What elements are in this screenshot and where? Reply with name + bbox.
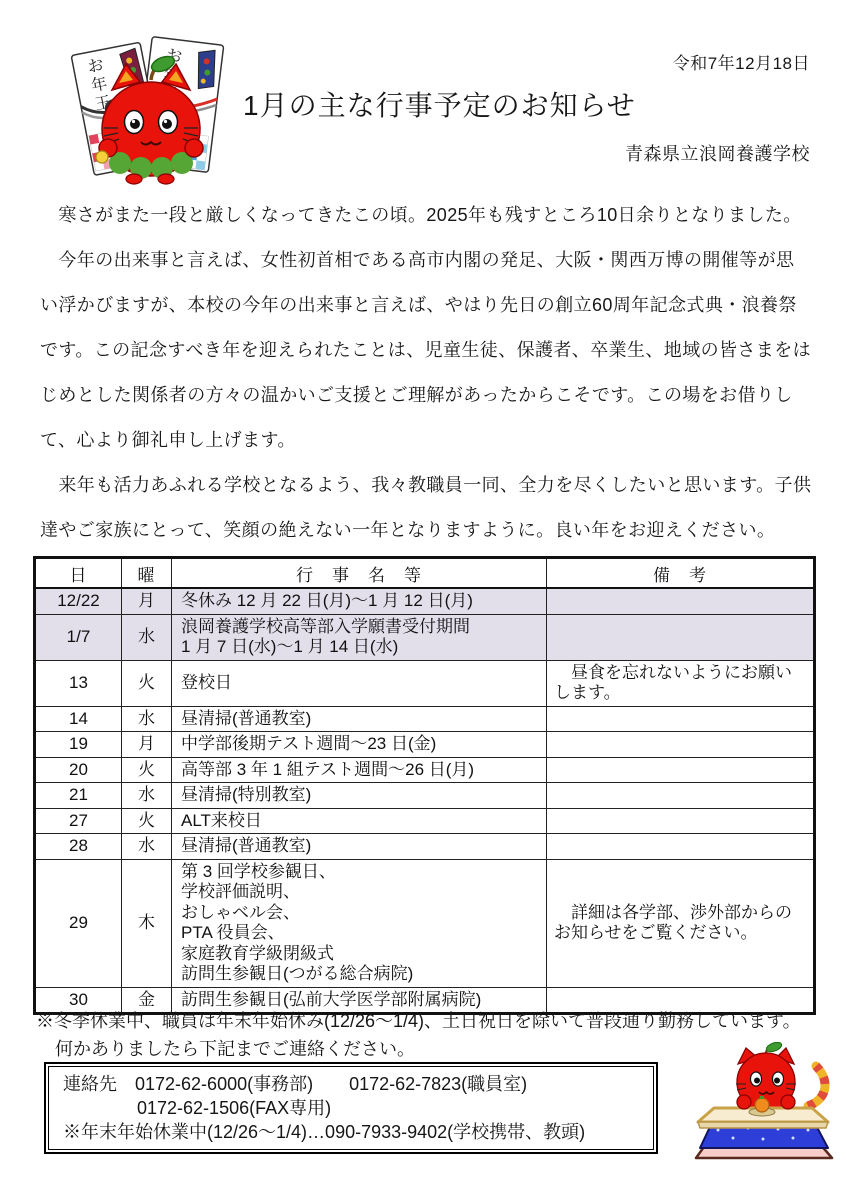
event-cell: 第 3 回学校参観日、 学校評価説明、 おしゃベル会、 PTA 役員会、 家庭教…	[172, 859, 547, 987]
column-header: 備 考	[547, 558, 815, 589]
weekday-cell: 火	[122, 808, 172, 834]
table-row: 28水昼清掃(普通教室)	[35, 834, 815, 860]
note-cell	[547, 834, 815, 860]
day-cell: 29	[35, 859, 122, 987]
note-cell: 詳細は各学部、渉外部からの お知らせをご覧ください。	[547, 859, 815, 987]
note-cell	[547, 808, 815, 834]
otoshidama-envelopes-illustration: お年玉	[56, 36, 236, 188]
weekday-cell: 火	[122, 660, 172, 706]
contact-line-phones: 連絡先 0172-62-6000(事務部) 0172-62-7823(職員室)	[63, 1072, 639, 1096]
event-cell: 登校日	[172, 660, 547, 706]
schedule-table: 日曜行 事 名 等備 考 12/22月冬休み 12 月 22 日(月)～1 月 …	[33, 556, 816, 1015]
day-cell: 27	[35, 808, 122, 834]
weekday-cell: 月	[122, 588, 172, 614]
document-date: 令和7年12月18日	[673, 49, 810, 74]
table-header-row: 日曜行 事 名 等備 考	[35, 558, 815, 589]
event-cell: 中学部後期テスト週間～23 日(金)	[172, 732, 547, 758]
intro-text: 寒さがまた一段と厳しくなってきたこの頃。2025年も残すところ10日余りとなりま…	[40, 193, 820, 553]
table-row: 1/7水浪岡養護学校高等部入学願書受付期間 1 月 7 日(水)～1 月 14 …	[35, 614, 815, 660]
event-cell: ALT来校日	[172, 808, 547, 834]
table-row: 29木第 3 回学校参観日、 学校評価説明、 おしゃベル会、 PTA 役員会、 …	[35, 859, 815, 987]
body-line: 来年も活力あふれる学校となるよう、我々教職員一同、全力を尽くしたいと思います。子…	[40, 463, 820, 508]
weekday-cell: 水	[122, 614, 172, 660]
body-line: 今年の出来事と言えば、女性初首相である高市内閣の発足、大阪・関西万博の開催等が思	[40, 238, 820, 283]
table-row: 14水昼清掃(普通教室)	[35, 706, 815, 732]
note-cell	[547, 732, 815, 758]
contact-line-holiday-phone: ※年末年始休業中(12/26～1/4)…090-7933-9402(学校携帯、教…	[63, 1120, 639, 1144]
contact-line-fax: 0172-62-1506(FAX専用)	[63, 1096, 639, 1120]
event-cell: 昼清掃(特別教室)	[172, 783, 547, 809]
event-cell: 昼清掃(普通教室)	[172, 834, 547, 860]
event-cell: 浪岡養護学校高等部入学願書受付期間 1 月 7 日(水)～1 月 14 日(水)	[172, 614, 547, 660]
weekday-cell: 水	[122, 783, 172, 809]
table-row: 12/22月冬休み 12 月 22 日(月)～1 月 12 日(月)	[35, 588, 815, 614]
note-cell	[547, 783, 815, 809]
event-cell: 昼清掃(普通教室)	[172, 706, 547, 732]
page-title: 1月の主な行事予定のお知らせ	[243, 84, 636, 124]
day-cell: 12/22	[35, 588, 122, 614]
table-row: 21水昼清掃(特別教室)	[35, 783, 815, 809]
table-row: 27火ALT来校日	[35, 808, 815, 834]
notice-page: お年玉	[0, 0, 847, 1200]
note-cell	[547, 588, 815, 614]
day-cell: 20	[35, 757, 122, 783]
event-cell: 高等部 3 年 1 組テスト週間～26 日(月)	[172, 757, 547, 783]
day-cell: 19	[35, 732, 122, 758]
weekday-cell: 木	[122, 859, 172, 987]
table-row: 13火登校日 昼食を忘れないようにお願いします。	[35, 660, 815, 706]
note-cell	[547, 614, 815, 660]
day-cell: 13	[35, 660, 122, 706]
footnote-line: ※冬季休業中、職員は年末年始休み(12/26～1/4)、土日祝日を除いて普段通り…	[36, 1007, 826, 1035]
weekday-cell: 水	[122, 706, 172, 732]
cat-tail	[808, 1066, 825, 1106]
body-line: て、心より御礼申し上げます。	[40, 418, 820, 463]
body-line: です。この記念すべき年を迎えられたことは、児童生徒、保護者、卒業生、地域の皆さま…	[40, 328, 820, 373]
note-cell	[547, 706, 815, 732]
note-cell	[547, 757, 815, 783]
body-line: じめとした関係者の方々の温かいご支援とご理解があったからこそです。この場をお借り…	[40, 373, 820, 418]
body-line: 達やご家族にとって、笑顔の絶えない一年となりますように。良い年をお迎えください。	[40, 508, 820, 553]
day-cell: 1/7	[35, 614, 122, 660]
kotatsu-apple-cat-illustration	[688, 1042, 838, 1167]
mandarin-orange	[755, 1098, 769, 1112]
column-header: 行 事 名 等	[172, 558, 547, 589]
note-cell: 昼食を忘れないようにお願いします。	[547, 660, 815, 706]
day-cell: 21	[35, 783, 122, 809]
column-header: 曜	[122, 558, 172, 589]
event-cell: 冬休み 12 月 22 日(月)～1 月 12 日(月)	[172, 588, 547, 614]
body-line: い浮かびますが、本校の今年の出来事と言えば、やはり先日の創立60周年記念式典・浪…	[40, 283, 820, 328]
table-row: 19月中学部後期テスト週間～23 日(金)	[35, 732, 815, 758]
day-cell: 14	[35, 706, 122, 732]
contact-box: 連絡先 0172-62-6000(事務部) 0172-62-7823(職員室) …	[48, 1066, 654, 1150]
body-line: 寒さがまた一段と厳しくなってきたこの頃。2025年も残すところ10日余りとなりま…	[40, 193, 820, 238]
school-name: 青森県立浪岡養護学校	[625, 140, 810, 166]
column-header: 日	[35, 558, 122, 589]
weekday-cell: 水	[122, 834, 172, 860]
weekday-cell: 火	[122, 757, 172, 783]
weekday-cell: 月	[122, 732, 172, 758]
day-cell: 28	[35, 834, 122, 860]
table-row: 20火高等部 3 年 1 組テスト週間～26 日(月)	[35, 757, 815, 783]
